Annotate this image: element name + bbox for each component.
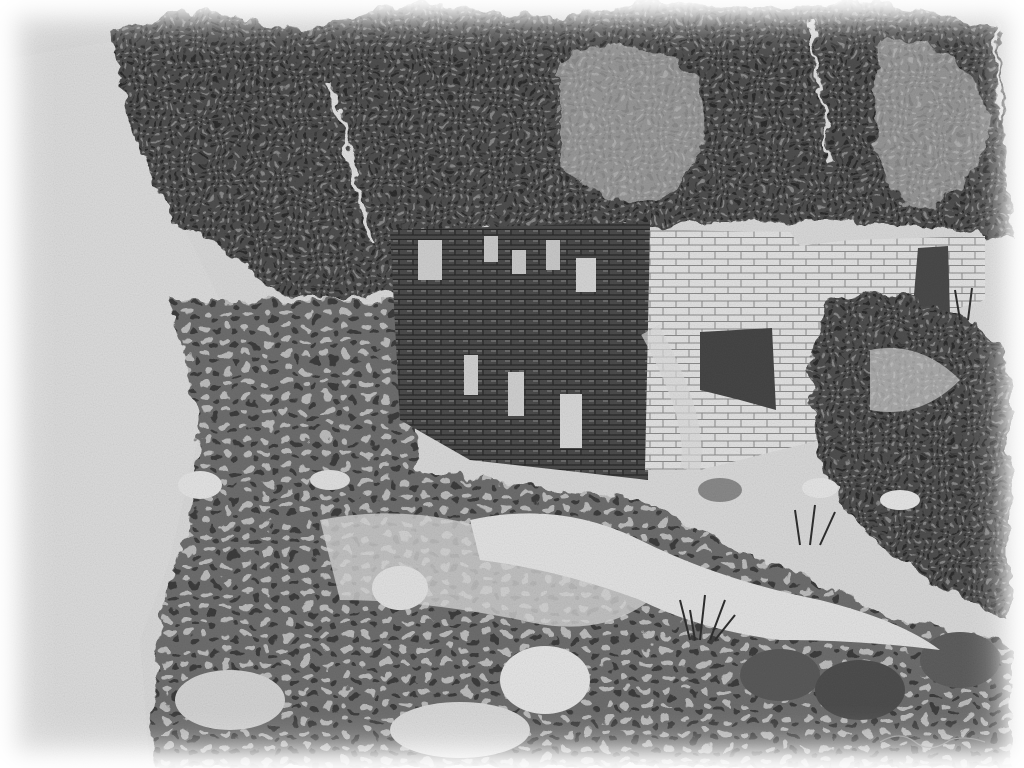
window-opening xyxy=(512,250,526,274)
image-frame xyxy=(0,0,1024,768)
window-opening xyxy=(546,240,560,270)
window-opening xyxy=(560,394,582,448)
window-opening xyxy=(418,240,442,280)
embossed-photo xyxy=(0,0,1024,768)
window-opening xyxy=(508,372,524,416)
window-opening xyxy=(464,355,478,395)
window-opening xyxy=(484,236,498,262)
window-opening xyxy=(576,258,596,292)
